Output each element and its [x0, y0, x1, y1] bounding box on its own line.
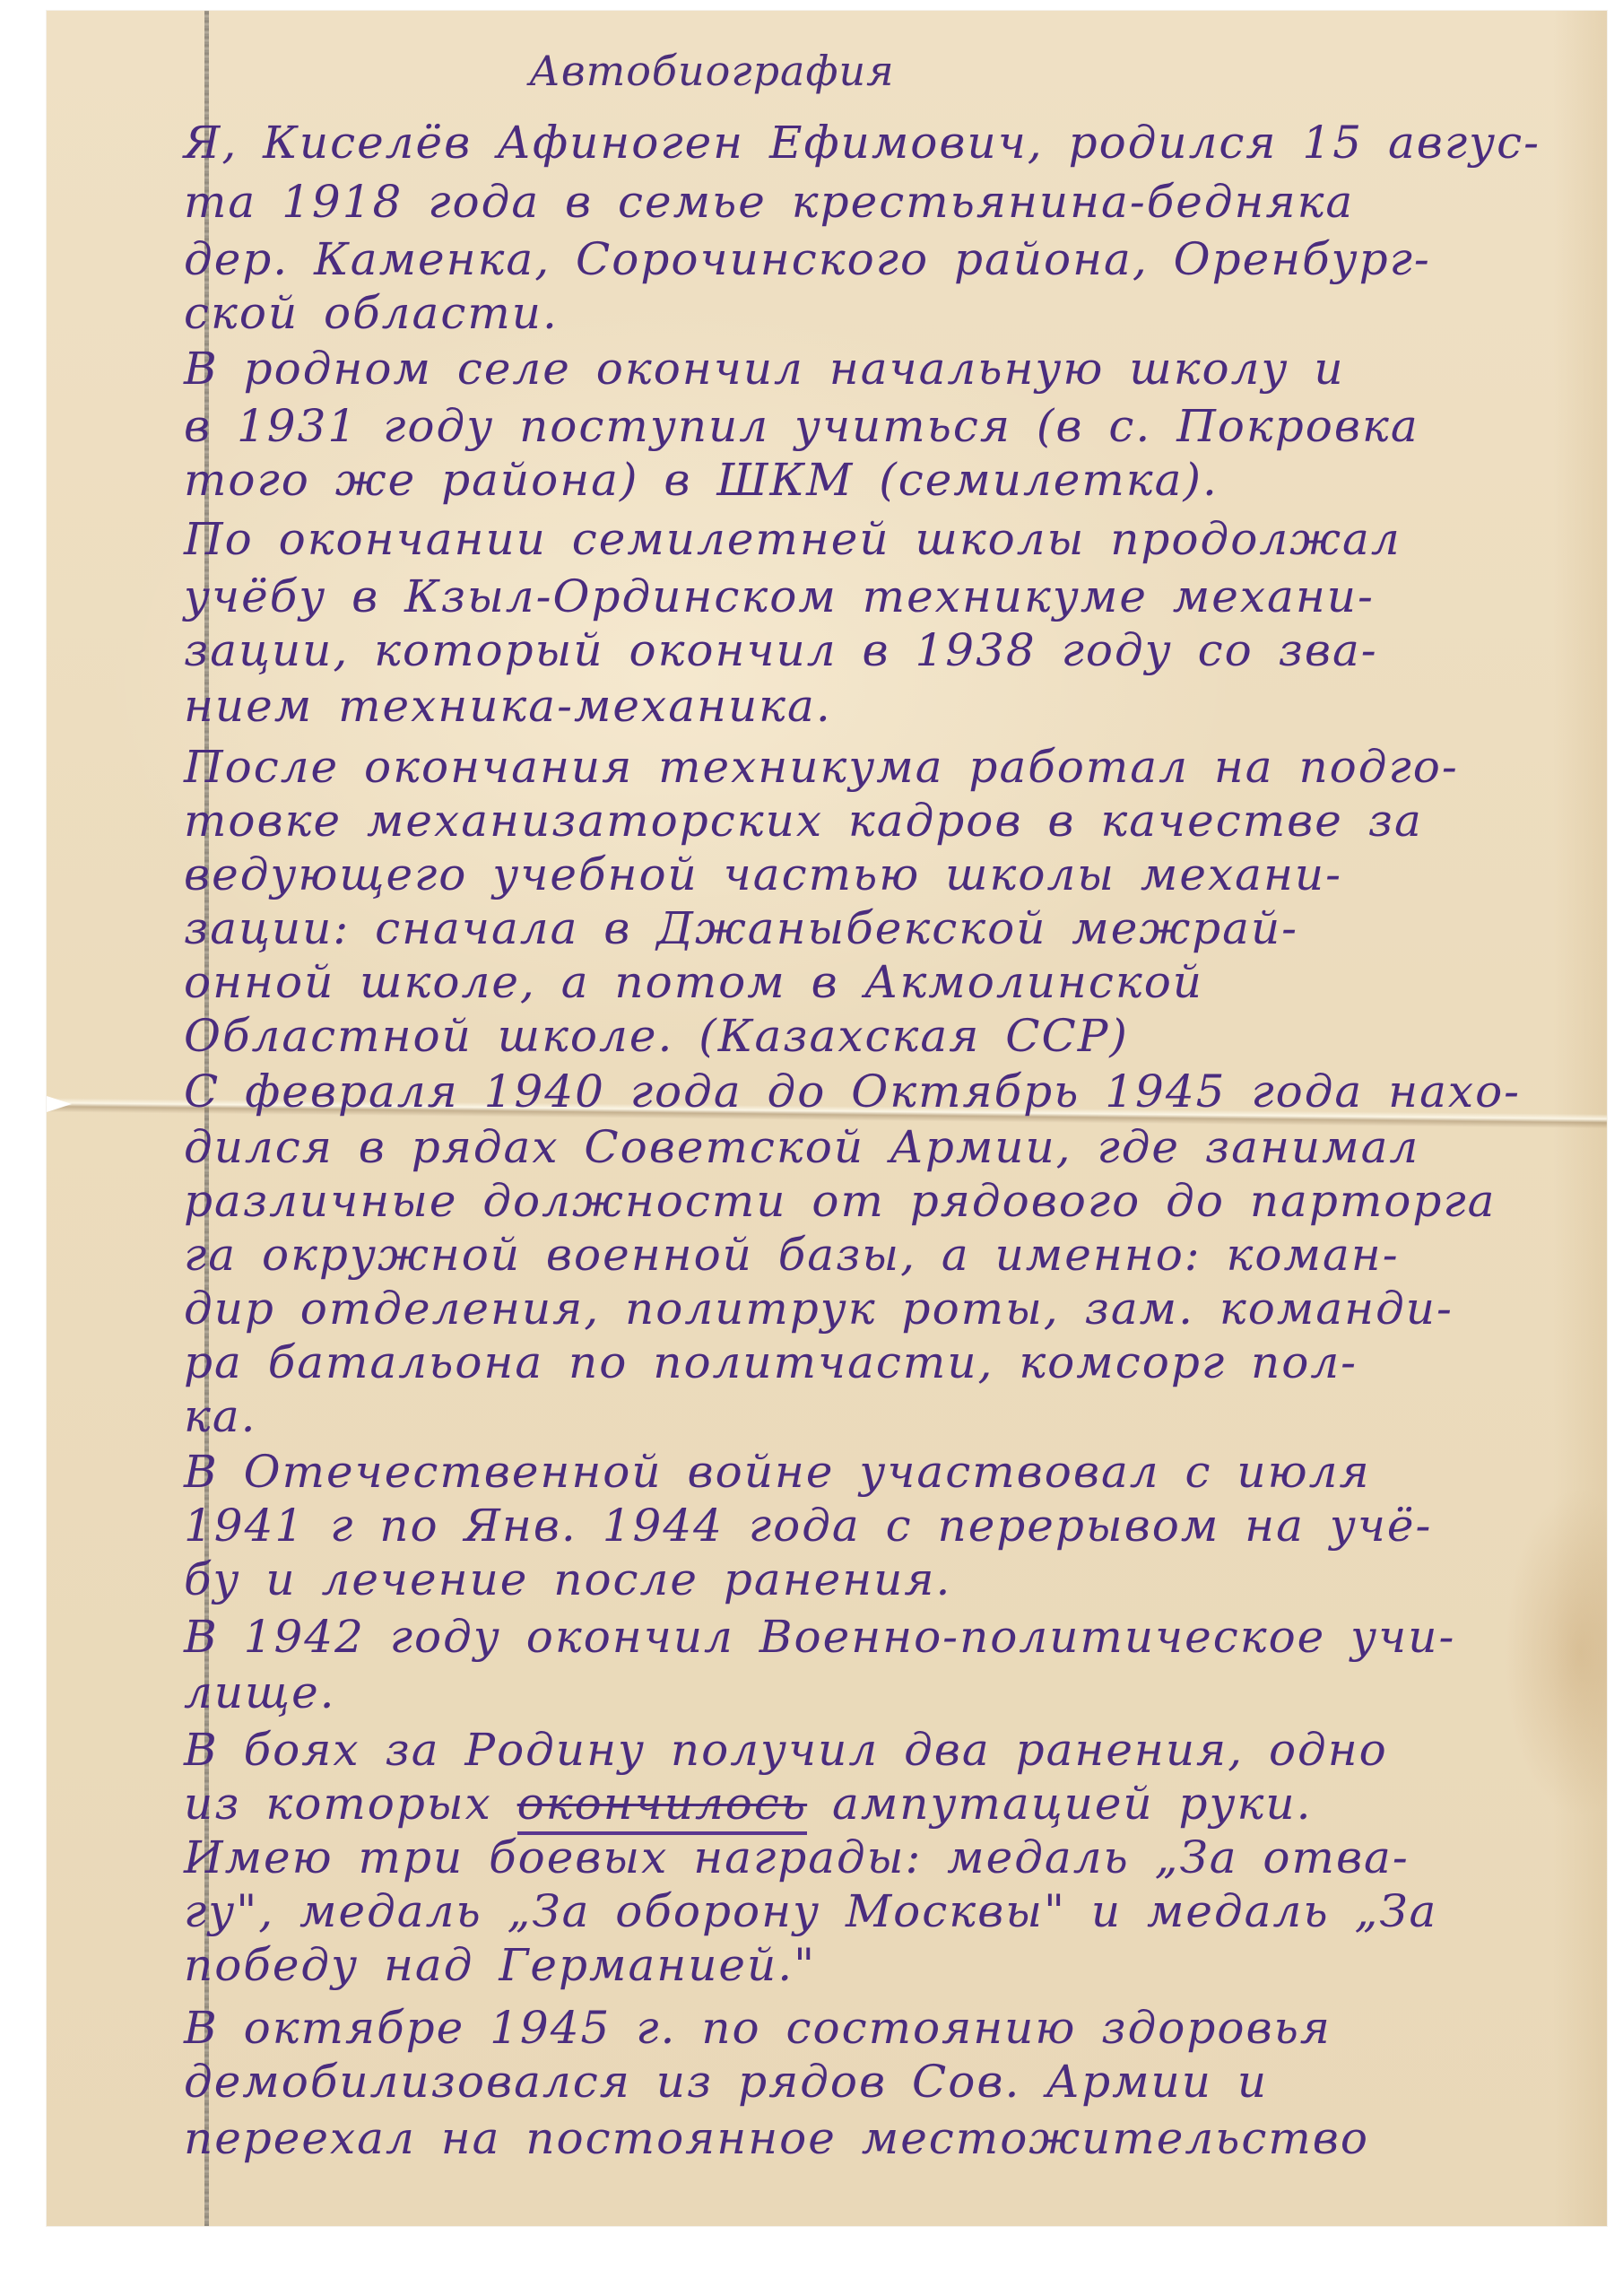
- text-line: различные должности от рядового до парто…: [184, 1175, 1496, 1227]
- text-fragment: из которых: [184, 1778, 517, 1830]
- text-line: В родном селе окончил начальную школу и: [184, 343, 1345, 395]
- text-line: гу", медаль „За оборону Москвы" и медаль…: [184, 1885, 1437, 1937]
- text-line: переехал на постоянное местожительство: [184, 2112, 1369, 2164]
- text-line: Я, Киселёв Афиноген Ефимович, родился 15…: [184, 117, 1541, 169]
- text-line: та 1918 года в семье крестьянина-бедняка: [184, 176, 1354, 228]
- text-line: нием техника-механика.: [184, 680, 832, 732]
- text-line: того же района) в ШКМ (семилетка).: [184, 454, 1219, 506]
- text-line: дир отделения, политрук роты, зам. коман…: [184, 1283, 1454, 1335]
- struck-through-word: окончилось: [517, 1778, 807, 1835]
- text-line: Областной школе. (Казахская ССР): [184, 1010, 1129, 1062]
- text-line: дился в рядах Советской Армии, где заним…: [184, 1121, 1419, 1173]
- text-line: бу и лечение после ранения.: [184, 1553, 951, 1605]
- text-line: демобилизовался из рядов Сов. Армии и: [184, 2056, 1268, 2108]
- text-line: учёбу в Кзыл-Ординском техникуме механи-: [184, 570, 1375, 622]
- text-line: В Отечественной войне участвовал с июля: [184, 1446, 1371, 1498]
- document-title: Автобиография: [529, 47, 895, 95]
- text-fragment: ампутацией руки.: [807, 1778, 1312, 1830]
- text-line: онной школе, а потом в Акмолинской: [184, 956, 1203, 1008]
- text-line: из которых окончилось ампутацией руки.: [184, 1778, 1312, 1830]
- paper-edge-tear: [47, 1096, 72, 1112]
- text-line: зации: сначала в Джаныбекской межрай-: [184, 902, 1298, 954]
- text-line: ка.: [184, 1390, 257, 1442]
- text-line: победу над Германией.": [184, 1939, 816, 1991]
- text-line: дер. Каменка, Сорочинского района, Оренб…: [184, 233, 1431, 285]
- text-line: В боях за Родину получил два ранения, од…: [184, 1724, 1388, 1776]
- text-line: товке механизаторских кадров в качестве …: [184, 795, 1423, 847]
- text-line: В октябре 1945 г. по состоянию здоровья: [184, 2002, 1332, 2054]
- text-line: В 1942 году окончил Военно-политическое …: [184, 1611, 1455, 1663]
- text-line: ской области.: [184, 287, 559, 339]
- text-line: Имею три боевых награды: медаль „За отва…: [184, 1831, 1410, 1883]
- text-line: в 1931 году поступил учиться (в с. Покро…: [184, 400, 1419, 452]
- text-line: 1941 г по Янв. 1944 года с перерывом на …: [184, 1500, 1432, 1552]
- text-line: По окончании семилетней школы продолжал: [184, 513, 1402, 565]
- text-line: С февраля 1940 года до Октябрь 1945 года…: [184, 1065, 1521, 1118]
- text-line: ведующего учебной частью школы механи-: [184, 848, 1342, 900]
- text-line: га окружной военной базы, а именно: кома…: [184, 1229, 1400, 1281]
- text-line: После окончания техникума работал на под…: [184, 741, 1459, 793]
- text-line: зации, который окончил в 1938 году со зв…: [184, 624, 1378, 676]
- text-line: ра батальона по политчасти, комсорг пол-: [184, 1336, 1358, 1388]
- text-line: лище.: [184, 1666, 336, 1718]
